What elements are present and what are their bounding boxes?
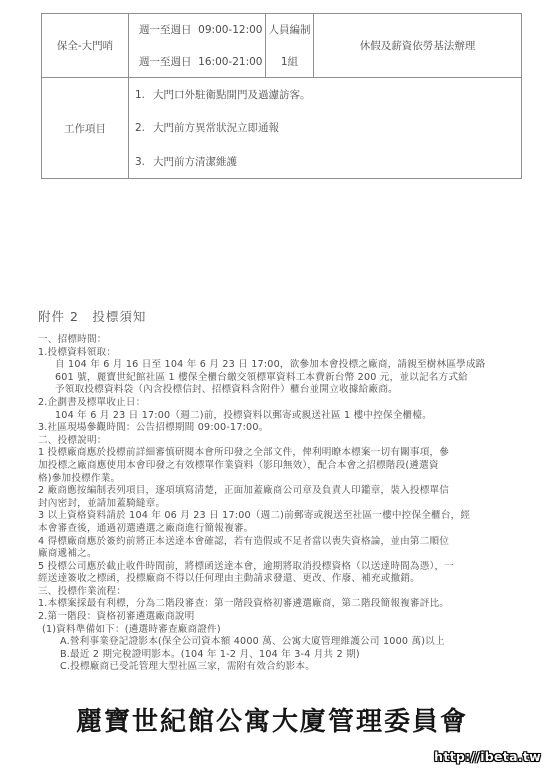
attachment-body: 一、招標時間：1.投標資料領取：自 104 年 6 月 16 日至 104 年 … <box>38 334 536 674</box>
doc-line: 1 投標廠商應於投標前詳細審慎研閱本會所印發之全部文件，俾利明瞭本標案一切有關事… <box>38 447 536 460</box>
list-item-text: 大門口外駐衛點開門及過濾訪客。 <box>153 89 311 101</box>
duty-schedule-table: 保全-大門哨 週一至週日 09:00-12:00週一至週日 16:00-21:0… <box>41 13 522 179</box>
list-item-number: 3. <box>135 156 153 168</box>
doc-line: 1.投標資料領取： <box>38 347 536 360</box>
doc-line: C.投標廠商已受託管理大型社區三家，需附有效合約影本。 <box>38 661 536 674</box>
shift-time: 週一至週日 09:00-12:00 <box>129 22 265 37</box>
doc-line: A.營利事業登記證影本(保全公司資本額 4000 萬、公寓大廈管理維護公司 10… <box>38 636 536 649</box>
doc-line: B.最近 2 期完稅證明影本。(104 年 1-2 月、104 年 3-4 月共… <box>38 649 536 662</box>
doc-line: 格)參加投標作業。 <box>38 473 536 486</box>
doc-line: 一、招標時間： <box>38 334 536 347</box>
doc-line: 2.第一階段：資格初審遴選廠商說明 <box>38 611 536 624</box>
doc-line: 三、投標作業流程： <box>38 586 536 599</box>
doc-line: 自 104 年 6 月 16 日至 104 年 6 月 23 日 17:00，欲… <box>38 359 536 372</box>
shift-time: 週一至週日 16:00-21:00 <box>129 54 265 69</box>
table-row: 工作項目 1.大門口外駐衛點開門及過濾訪客。 2.大門前方異常狀況立即通報 3.… <box>42 78 522 179</box>
shift-times-list: 週一至週日 09:00-12:00週一至週日 16:00-21:00 <box>129 14 265 77</box>
doc-line: 5 投標公司應於截止收件時間前，將標函送達本會，逾期將取消投標資格（以送達時間為… <box>38 561 536 574</box>
table-row: 保全-大門哨 週一至週日 09:00-12:00週一至週日 16:00-21:0… <box>42 14 522 78</box>
attachment-section: 附件 2 投標須知 一、招標時間：1.投標資料領取：自 104 年 6 月 16… <box>38 307 536 674</box>
doc-line: 經送達簽收之標函，投標廠商不得以任何理由主動請求發還、更改、作廢、補充或撤銷。 <box>38 573 536 586</box>
staffing-cell: 人員編制 1組 <box>266 14 314 78</box>
doc-line: 封內密封，並請加蓋騎縫章。 <box>38 498 536 511</box>
doc-line: 1.本標案採最有利標，分為二階段審查：第一階段資格初審遴選廠商，第二階段簡報複審… <box>38 598 536 611</box>
doc-line: 3 以上資格資料請於 104 年 06 月 23 日 17:00（週二)前郵寄或… <box>38 510 536 523</box>
doc-line: 予領取投標資料袋（內含投標信封、招標資料含附件）櫃台並開立收據給廠商。 <box>38 384 536 397</box>
doc-line: 加投標之廠商應使用本會印發之有效標單作業資料（影印無效），配合本會之招標階段(遴… <box>38 460 536 473</box>
list-item: 1.大門口外駐衛點開門及過濾訪客。 <box>135 87 521 102</box>
staffing-label: 人員編制 <box>266 22 313 37</box>
doc-line: 2 廠商應按編制表列項目，逐項填寫清楚，正面加蓋廠商公司章及負責人印鑑章，裝入投… <box>38 485 536 498</box>
doc-line: 2.企劃書及標單收止日： <box>38 397 536 410</box>
list-item: 3.大門前方清潔維護 <box>135 154 521 169</box>
list-item: 2.大門前方異常狀況立即通報 <box>135 120 521 135</box>
doc-line: 4 得標廠商應於簽約前將正本送達本會確認，若有造假或不足者當以喪失資格論，並由第… <box>38 536 536 549</box>
work-items-label: 工作項目 <box>64 123 106 135</box>
list-item-number: 2. <box>135 122 153 134</box>
list-item-text: 大門前方異常狀況立即通報 <box>153 122 279 134</box>
list-item-text: 大門前方清潔維護 <box>153 156 237 168</box>
list-item-number: 1. <box>135 89 153 101</box>
doc-line: 二、投標說明： <box>38 435 536 448</box>
document-page: 保全-大門哨 週一至週日 09:00-12:00週一至週日 16:00-21:0… <box>0 0 544 768</box>
post-label-cell: 保全-大門哨 <box>42 14 129 78</box>
note-cell: 休假及薪資依勞基法辦理 <box>314 14 522 78</box>
doc-line: 3.社區現場參觀時間：公告招標期間 09:00-17:00。 <box>38 422 536 435</box>
committee-title: 麗寶世紀館公寓大廈管理委員會 <box>0 701 544 738</box>
note-text: 休假及薪資依勞基法辦理 <box>360 40 476 52</box>
doc-line: 601 號，麗寶世紀館社區 1 樓保全櫃台繳交領標單資料工本費新台幣 200 元… <box>38 372 536 385</box>
work-items-label-cell: 工作項目 <box>42 78 129 179</box>
post-label: 保全-大門哨 <box>57 40 113 52</box>
attachment-heading: 附件 2 投標須知 <box>38 307 536 325</box>
watermark-url: http://ibeta.tw <box>434 749 541 764</box>
staffing-value: 1組 <box>266 54 313 69</box>
doc-line: 本會審查後，通過初選遴選之廠商進行簡報複審。 <box>38 523 536 536</box>
shift-times-cell: 週一至週日 09:00-12:00週一至週日 16:00-21:00 <box>129 14 266 78</box>
work-items-cell: 1.大門口外駐衛點開門及過濾訪客。 2.大門前方異常狀況立即通報 3.大門前方清… <box>129 78 522 179</box>
doc-line: 廠商遞補之。 <box>38 548 536 561</box>
doc-line: 104 年 6 月 23 日 17:00（週二)前，投標資料以郵寄或親送社區 1… <box>38 410 536 423</box>
doc-line: (1)資料準備如下：(遴選時審查廠商證件) <box>38 624 536 637</box>
work-items-list: 1.大門口外駐衛點開門及過濾訪客。 2.大門前方異常狀況立即通報 3.大門前方清… <box>129 78 521 178</box>
